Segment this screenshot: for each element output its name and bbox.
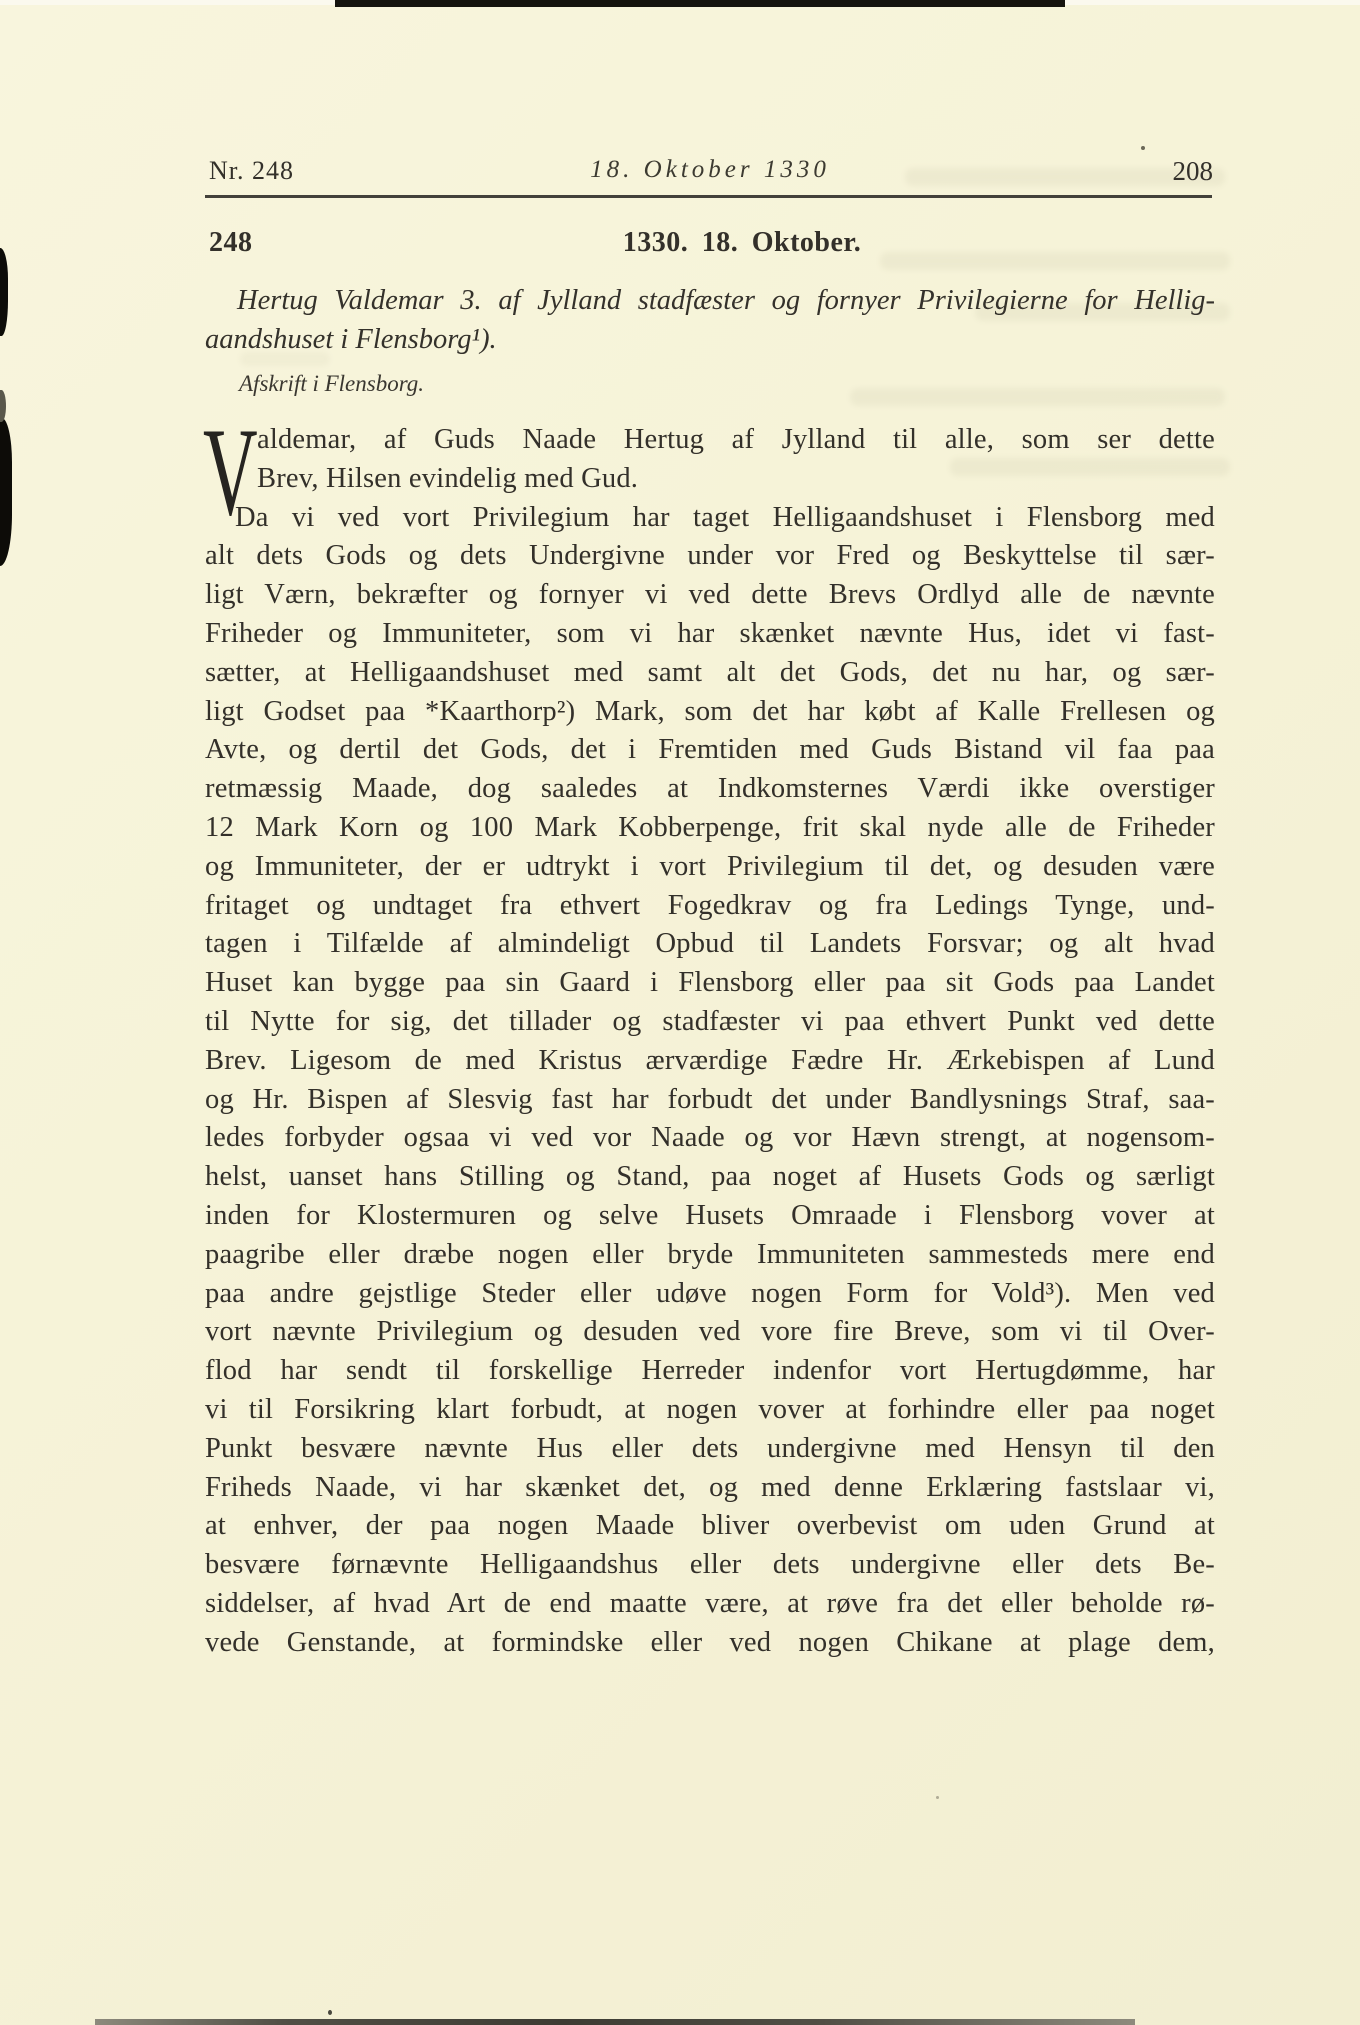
page-number: 208 [1173, 156, 1214, 187]
body-text-line: ligt Værn, bekræfter og fornyer vi ved d… [205, 576, 1215, 615]
body-text-line: til Nytte for sig, det tillader og stadf… [205, 1003, 1215, 1042]
body-text-line: inden for Klostermuren og selve Husets O… [205, 1197, 1215, 1236]
body-text-line: Friheder og Immuniteter, som vi har skæn… [205, 615, 1215, 654]
body-text-line: Friheds Naade, vi har skænket det, og me… [205, 1469, 1215, 1508]
paper-speck [328, 2010, 332, 2015]
entry-date-heading: 1330. 18. Oktober. [623, 227, 862, 259]
body-text-line: vort nævnte Privilegium og desuden ved v… [205, 1313, 1215, 1352]
body-text-line: Huset kan bygge paa sin Gaard i Flensbor… [205, 964, 1215, 1003]
body-text-line: fritaget og undtaget fra ethvert Fogedkr… [205, 887, 1215, 926]
body-text-line: sætter, at Helligaandshuset med samt alt… [205, 654, 1215, 693]
running-header: Nr. 248 18. Oktober 1330 208 [205, 156, 1215, 188]
body-text-line: ligt Godset paa *Kaarthorp²) Mark, som d… [205, 693, 1215, 732]
binding-ink-blot [0, 418, 12, 566]
body-text-line: vede Genstande, at formindske eller ved … [205, 1624, 1215, 1663]
body-text-line: helst, uanset hans Stilling og Stand, pa… [205, 1158, 1215, 1197]
running-header-date: 18. Oktober 1330 [590, 156, 830, 184]
body-text-line: paa andre gejstlige Steder eller udøve n… [205, 1275, 1215, 1314]
scan-bottom-bar [95, 2019, 1135, 2025]
source-note: Afskrift i Flensborg. [239, 371, 424, 397]
paper-speck [936, 1796, 939, 1799]
scanned-book-page: Nr. 248 18. Oktober 1330 208 248 1330. 1… [0, 0, 1360, 2025]
body-text-line: og Hr. Bispen af Slesvig fast har forbud… [205, 1081, 1215, 1120]
body-text-line: paagribe eller dræbe nogen eller bryde I… [205, 1236, 1215, 1275]
summary-line: aandshuset i Flensborg¹). [205, 320, 1215, 359]
entry-heading: 248 1330. 18. Oktober. [205, 227, 1215, 261]
summary-line: Hertug Valdemar 3. af Jylland stadfæster… [205, 281, 1215, 320]
body-text-line: siddelser, af hvad Art de end maatte vær… [205, 1585, 1215, 1624]
bleedthrough-smudge [850, 388, 1225, 406]
scan-top-edge-left [0, 0, 335, 5]
body-text-line: ledes forbyder ogsaa vi ved vor Naade og… [205, 1119, 1215, 1158]
running-header-entry-number: Nr. 248 [209, 156, 294, 186]
binding-ink-blot [0, 390, 6, 422]
body-text-line: alt dets Gods og dets Undergivne under v… [205, 537, 1215, 576]
body-text-line: 12 Mark Korn og 100 Mark Kobberpenge, fr… [205, 809, 1215, 848]
charter-body-text: V aldemar, af Guds Naade Hertug af Jylla… [205, 421, 1215, 1663]
entry-summary: Hertug Valdemar 3. af Jylland stadfæster… [205, 281, 1215, 359]
body-text-line: Avte, og dertil det Gods, det i Fremtide… [205, 731, 1215, 770]
body-text-line: tagen i Tilfælde af almindeligt Opbud ti… [205, 925, 1215, 964]
entry-number: 248 [209, 227, 253, 259]
body-text-line: besvære førnævnte Helligaandshus eller d… [205, 1546, 1215, 1585]
paper-speck [1141, 146, 1145, 150]
body-text-line: Da vi ved vort Privilegium har taget Hel… [205, 499, 1215, 538]
body-text-line: aldemar, af Guds Naade Hertug af Jylland… [205, 421, 1215, 460]
body-text-line: Brev, Hilsen evindelig med Gud. [205, 460, 1215, 499]
body-text-line: og Immuniteter, der er udtrykt i vort Pr… [205, 848, 1215, 887]
body-text-line: retmæssig Maade, dog saaledes at Indkoms… [205, 770, 1215, 809]
body-text-line: flod har sendt til forskellige Herreder … [205, 1352, 1215, 1391]
body-text-line: Punkt besvære nævnte Hus eller dets unde… [205, 1430, 1215, 1469]
body-text-line: vi til Forsikring klart forbudt, at noge… [205, 1391, 1215, 1430]
body-text-line: Brev. Ligesom de med Kristus ærværdige F… [205, 1042, 1215, 1081]
binding-ink-blot [0, 248, 8, 336]
drop-cap-initial: V [203, 429, 258, 517]
scan-top-black-bar [335, 0, 1065, 7]
scan-top-edge-right [1065, 0, 1360, 5]
header-rule [205, 195, 1212, 198]
body-text-line: at enhver, der paa nogen Maade bliver ov… [205, 1507, 1215, 1546]
